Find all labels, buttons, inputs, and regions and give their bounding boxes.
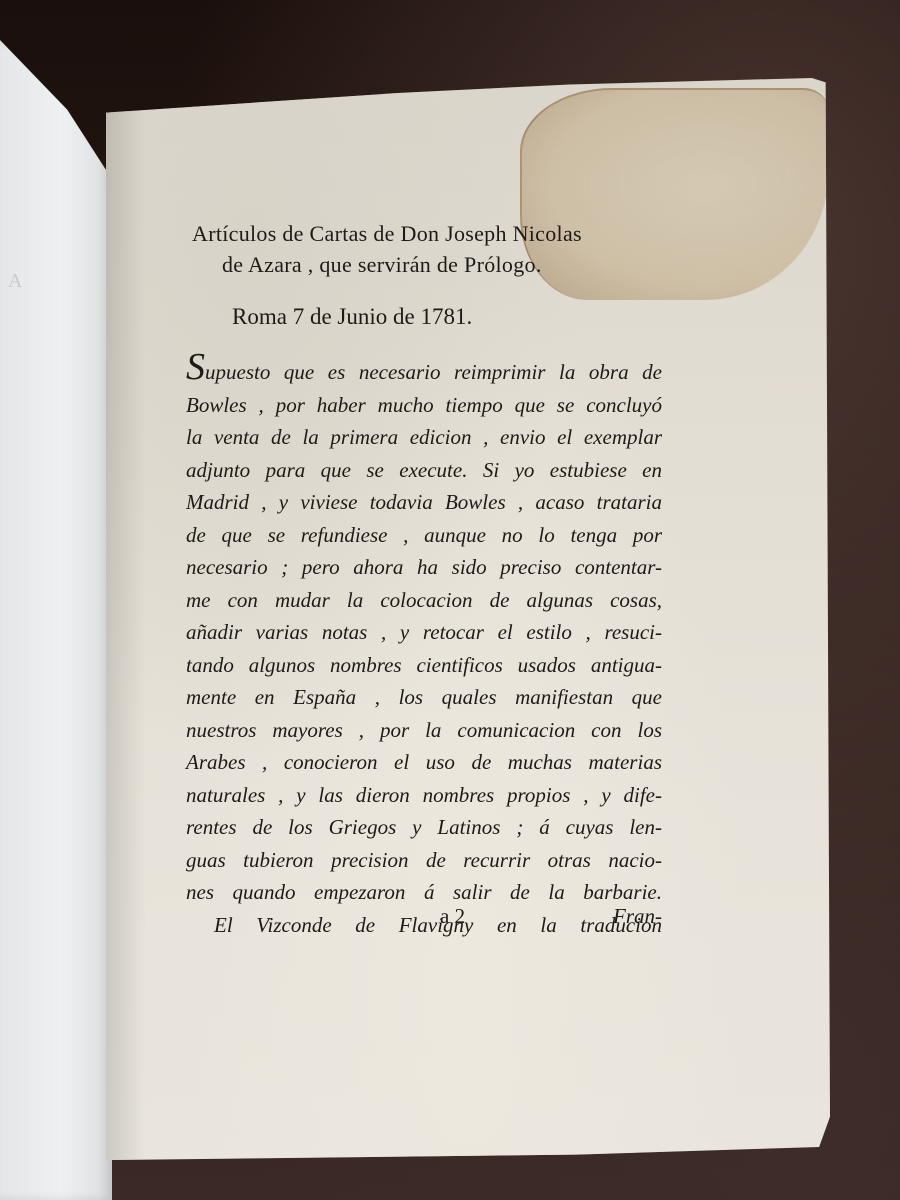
body-line: Bowles , por haber mucho tiempo que se c… (186, 389, 662, 422)
body-line: nuestros mayores , por la comunicacion c… (186, 714, 662, 747)
dateline: Roma 7 de Junio de 1781. (232, 304, 472, 330)
body-line: me con mudar la colocacion de algunas co… (186, 584, 662, 617)
body-line: necesario ; pero ahora ha sido preciso c… (186, 551, 662, 584)
body-line: adjunto para que se execute. Si yo estub… (186, 454, 662, 487)
left-page-bleedthrough-letter: A (8, 270, 22, 293)
page-footer: a 2 Fran- (186, 904, 662, 934)
page-title: Artículos de Cartas de Don Joseph Nicola… (192, 218, 692, 280)
left-page: A (0, 40, 112, 1200)
body-line: Arabes , conocieron el uso de muchas mat… (186, 746, 662, 779)
body-line: Supuesto que es necesario reimprimir la … (186, 356, 662, 389)
title-line-2: de Azara , que servirán de Prólogo. (192, 249, 692, 280)
right-page: Artículos de Cartas de Don Joseph Nicola… (106, 78, 830, 1160)
body-line: mente en España , los quales manifiestan… (186, 681, 662, 714)
body-line: Madrid , y viviese todavia Bowles , acas… (186, 486, 662, 519)
body-line-text: upuesto que es necesario reimprimir la o… (205, 360, 662, 384)
body-line: añadir varias notas , y retocar el estil… (186, 616, 662, 649)
title-line-1: Artículos de Cartas de Don Joseph Nicola… (192, 218, 692, 249)
body-line: rentes de los Griegos y Latinos ; á cuya… (186, 811, 662, 844)
body-line: naturales , y las dieron nombres propios… (186, 779, 662, 812)
body-line: de que se refundiese , aunque no lo teng… (186, 519, 662, 552)
body-line: guas tubieron precision de recurrir otra… (186, 844, 662, 877)
body-line: la venta de la primera edicion , envio e… (186, 421, 662, 454)
body-paragraph: Supuesto que es necesario reimprimir la … (186, 356, 662, 941)
body-line: tando algunos nombres cientificos usados… (186, 649, 662, 682)
drop-cap: S (186, 346, 205, 388)
spine-shadow (106, 78, 146, 1160)
signature-mark: a 2 (440, 904, 465, 929)
catchword: Fran- (613, 904, 662, 929)
